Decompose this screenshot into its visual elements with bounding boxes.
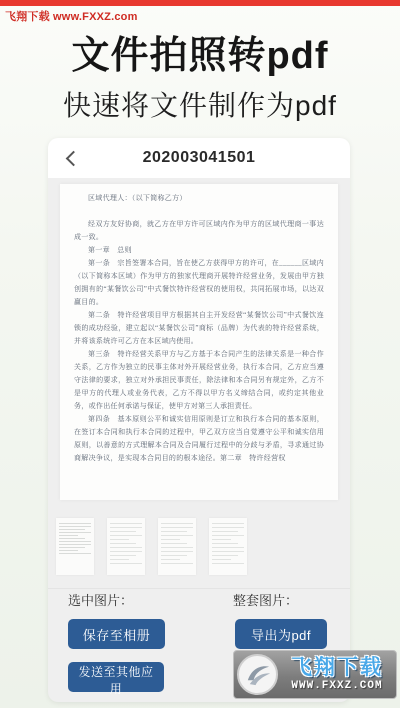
top-watermark: 飞翔下载 www.FXXZ.com xyxy=(5,8,138,24)
image-set-label: 整套图片： xyxy=(233,590,298,609)
page-thumbnail[interactable] xyxy=(56,518,94,575)
document-paragraph: 第二条 特许经营项目甲方根据其自主开发经营“某餐饮公司”中式餐饮连锁的成功经验，… xyxy=(74,309,324,348)
fxxz-logo-icon xyxy=(237,654,278,695)
save-to-album-button[interactable]: 保存至相册 xyxy=(68,619,165,649)
page-subtitle: 快速将文件制作为pdf xyxy=(0,84,400,124)
document-page[interactable]: 区域代理人：（以下简称乙方）经双方友好协商，就乙方在甲方许可区域内作为甲方的区域… xyxy=(60,184,338,500)
document-paragraph: 第一章 总则 xyxy=(74,244,324,257)
document-paragraph: 第三条 特许经营关系甲方与乙方基于本合同产生的法律关系是一种合作关系，乙方作为独… xyxy=(74,348,324,413)
thumbnail-row xyxy=(56,518,247,575)
selected-images-label: 选中图片： xyxy=(68,590,133,609)
watermark-brand: 飞翔下载 xyxy=(278,657,396,678)
watermark-url: WWW.FXXZ.COM xyxy=(278,681,396,692)
bottom-watermark-badge: 飞翔下载 WWW.FXXZ.COM xyxy=(233,650,397,699)
watermark-texts: 飞翔下载 WWW.FXXZ.COM xyxy=(278,657,396,692)
app-screen: 飞翔下载 www.FXXZ.com 文件拍照转pdf 快速将文件制作为pdf 2… xyxy=(0,0,400,708)
document-title: 202003041501 xyxy=(48,138,350,178)
document-paragraph: 区域代理人：（以下简称乙方） xyxy=(74,192,324,205)
export-pdf-button[interactable]: 导出为pdf xyxy=(235,619,327,649)
page-thumbnail[interactable] xyxy=(107,518,145,575)
section-divider xyxy=(48,588,350,589)
page-title: 文件拍照转pdf xyxy=(0,24,400,79)
page-thumbnail[interactable] xyxy=(209,518,247,575)
top-red-strip xyxy=(0,0,400,6)
document-paragraph xyxy=(74,205,324,218)
card-header: 202003041501 xyxy=(48,138,350,178)
document-card: 202003041501 区域代理人：（以下简称乙方）经双方友好协商，就乙方在甲… xyxy=(48,138,350,702)
send-to-apps-button[interactable]: 发送至其他应用 xyxy=(68,662,164,692)
document-paragraph: 经双方友好协商，就乙方在甲方许可区域内作为甲方的区域代理商一事达成一致。 xyxy=(74,218,324,244)
document-paragraph: 第四条 基本原则公平和诚实信用原则是订立和执行本合同的基本原则，在签订本合同和执… xyxy=(74,413,324,465)
document-paragraph: 第一条 宗旨签署本合同，旨在使乙方获得甲方的许可，在______区域内（以下简称… xyxy=(74,257,324,309)
page-thumbnail[interactable] xyxy=(158,518,196,575)
